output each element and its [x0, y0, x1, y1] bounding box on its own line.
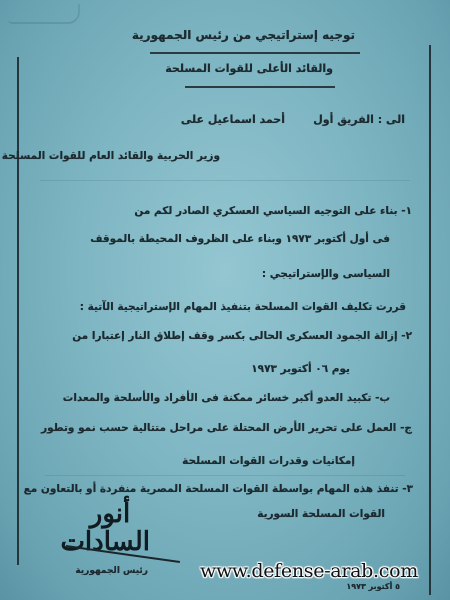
addressee-label: الى : الفريق أول: [320, 113, 405, 126]
bleed-through-line: [40, 180, 410, 181]
paragraph-2-line-5: إمكانيات وقدرات القوات المسلحة: [170, 455, 355, 467]
watermark: www.defense-arab.com: [200, 560, 418, 582]
paragraph-2-line-3: ب- تكبيد العدو أكبر خسائر ممكنة فى الأفر…: [80, 392, 390, 404]
paragraph-3-line-2: القوات المسلحة السورية: [235, 508, 385, 520]
signature-title: رئيس الجمهورية: [68, 566, 148, 576]
title-underline: [150, 52, 360, 54]
paragraph-1-line-2: فى أول أكتوبر ١٩٧٣ وبناء على الظروف المح…: [30, 233, 390, 245]
document-title-line-1: توجيه إستراتيجي من رئيس الجمهورية: [150, 28, 355, 42]
title-underline: [185, 86, 335, 88]
addressee-position: وزير الحربية والقائد العام للقوات المسلح…: [35, 150, 220, 162]
paragraph-1-line-1: ١- بناء على التوجيه السياسي العسكري الصا…: [40, 205, 412, 217]
addressee-name: أحمد اسماعيل على: [165, 113, 285, 126]
paragraph-3-line-1: ٣- تنفذ هذه المهام بواسطة القوات المسلحة…: [40, 483, 413, 495]
paper-smudge: [8, 4, 80, 24]
paragraph-1-line-3: السياسى والإستراتيجي :: [150, 268, 390, 280]
paragraph-2-line-2: يوم ٠٦ أكتوبر ١٩٧٣: [120, 363, 350, 375]
paragraph-2-line-4: ج- العمل على تحرير الأرض المحتلة على مرا…: [32, 422, 412, 434]
scanned-document: توجيه إستراتيجي من رئيس الجمهورية والقائ…: [0, 0, 450, 600]
bleed-through-line: [45, 475, 405, 476]
paragraph-2-intro: قررت تكليف القوات المسلحة بتنفيذ المهام …: [40, 301, 406, 313]
document-title-line-2: والقائد الأعلى للقوات المسلحة: [183, 62, 333, 75]
left-margin-line: [17, 57, 19, 565]
paragraph-2-line-1: ٢- إزالة الجمود العسكرى الحالى بكسر وقف …: [35, 330, 412, 342]
date-note: ٥ أكتوبر ١٩٧٣: [330, 582, 400, 591]
right-margin-line: [429, 45, 431, 595]
